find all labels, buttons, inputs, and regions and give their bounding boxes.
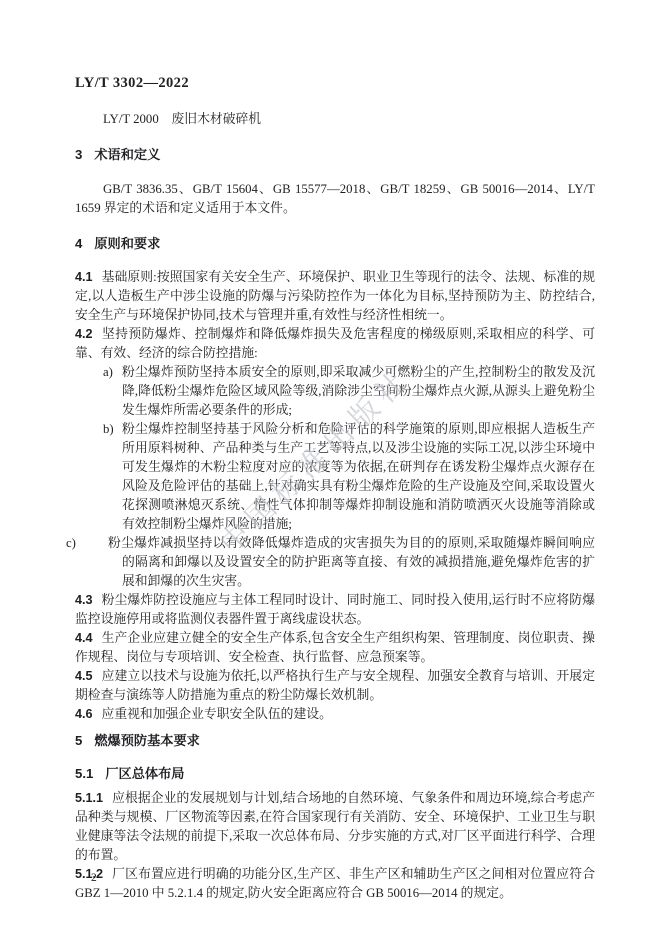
standard-number-header: LY/T 3302—2022 [75, 74, 595, 93]
clause-number: 4.4 [75, 631, 93, 645]
subsection-title: 厂区总体布局 [105, 766, 184, 781]
clause-text: 粉尘爆炸防控设施应与主体工程同时设计、同时施工、同时投入使用,运行时不应将防爆监… [75, 593, 595, 626]
clause-4-6: 4.6应重视和加强企业专职安全队伍的建设。 [75, 705, 595, 724]
normative-reference-item: LY/T 2000 废旧木材破碎机 [75, 110, 595, 129]
clause-text: 应重视和加强企业专职安全队伍的建设。 [102, 707, 332, 721]
clause-4-4: 4.4生产企业应建立健全的安全生产体系,包含安全生产组织构架、管理制度、岗位职责… [75, 629, 595, 667]
list-item-text: 粉尘爆炸控制坚持基于风险分析和危险评估的科学施策的原则,即应根据人造板生产所用原… [122, 422, 595, 531]
clause-number: 4.6 [75, 707, 93, 721]
clause-number: 5.1.2 [75, 867, 103, 881]
section-title: 燃爆预防基本要求 [94, 733, 200, 748]
terms-definitions-paragraph: GB/T 3836.35、GB/T 15604、GB 15577—2018、GB… [75, 180, 595, 218]
clause-text: 坚持预防爆炸、控制爆炸和降低爆炸损失及危害程度的梯级原则,采取相应的科学、可靠、… [75, 327, 595, 360]
list-item-c: c)粉尘爆炸减损坚持以有效降低爆炸造成的灾害损失为目的的原则,采取随爆炸瞬间响应… [75, 534, 595, 591]
section-number: 3 [75, 147, 82, 162]
section-4-heading: 4原则和要求 [75, 234, 595, 253]
list-item-text: 粉尘爆炸预防坚持本质安全的原则,即采取减少可燃粉尘的产生,控制粉尘的散发及沉降,… [122, 365, 595, 417]
clause-text: 基础原则:按照国家有关安全生产、环境保护、职业卫生等现行的法令、法规、标准的规定… [75, 270, 595, 322]
clause-4-1: 4.1基础原则:按照国家有关安全生产、环境保护、职业卫生等现行的法令、法规、标准… [75, 268, 595, 325]
clause-text: 生产企业应建立健全的安全生产体系,包含安全生产组织构架、管理制度、岗位职责、操作… [75, 631, 595, 664]
clause-number: 4.1 [75, 270, 93, 284]
section-3-heading: 3术语和定义 [75, 145, 595, 164]
section-title: 原则和要求 [94, 236, 160, 251]
clause-4-2: 4.2坚持预防爆炸、控制爆炸和降低爆炸损失及危害程度的梯级原则,采取相应的科学、… [75, 325, 595, 363]
page-number: 2 [91, 869, 97, 888]
clause-4-3: 4.3粉尘爆炸防控设施应与主体工程同时设计、同时施工、同时投入使用,运行时不应将… [75, 591, 595, 629]
page-content: LY/T 3302—2022 LY/T 2000 废旧木材破碎机 3术语和定义 … [75, 74, 595, 903]
document-page: LY/T 3302—2022 LY/T 2000 废旧木材破碎机 3术语和定义 … [0, 0, 662, 936]
list-item-label: a) [103, 363, 113, 382]
subsection-number: 5.1 [75, 766, 93, 781]
list-item-label: b) [103, 420, 114, 439]
clause-5-1-2: 5.1.2厂区布置应进行明确的功能分区,生产区、非生产区和辅助生产区之间相对位置… [75, 865, 595, 903]
clause-5-1-1: 5.1.1应根据企业的发展规划与计划,结合场地的自然环境、气象条件和周边环境,综… [75, 789, 595, 865]
section-5-heading: 5燃爆预防基本要求 [75, 731, 595, 750]
clause-4-5: 4.5应建立以技术与设施为依托,以严格执行生产与安全规程、加强安全教育与培训、开… [75, 667, 595, 705]
clause-number: 4.2 [75, 327, 93, 341]
section-number: 5 [75, 733, 82, 748]
list-item-a: a)粉尘爆炸预防坚持本质安全的原则,即采取减少可燃粉尘的产生,控制粉尘的散发及沉… [75, 363, 595, 420]
clause-number: 5.1.1 [75, 791, 103, 805]
list-item-b: b)粉尘爆炸控制坚持基于风险分析和危险评估的科学施策的原则,即应根据人造板生产所… [75, 420, 595, 534]
section-number: 4 [75, 236, 82, 251]
clause-number: 4.5 [75, 669, 93, 683]
subsection-5-1-heading: 5.1厂区总体布局 [75, 764, 595, 783]
list-item-text: 粉尘爆炸减损坚持以有效降低爆炸造成的灾害损失为目的的原则,采取随爆炸瞬间响应的隔… [108, 536, 595, 588]
clause-number: 4.3 [75, 593, 93, 607]
clause-text: 应根据企业的发展规划与计划,结合场地的自然环境、气象条件和周边环境,综合考虑产品… [75, 791, 595, 862]
clause-text: 应建立以技术与设施为依托,以严格执行生产与安全规程、加强安全教育与培训、开展定期… [75, 669, 595, 702]
clause-text: 厂区布置应进行明确的功能分区,生产区、非生产区和辅助生产区之间相对位置应符合 G… [75, 867, 595, 900]
section-title: 术语和定义 [94, 147, 160, 162]
